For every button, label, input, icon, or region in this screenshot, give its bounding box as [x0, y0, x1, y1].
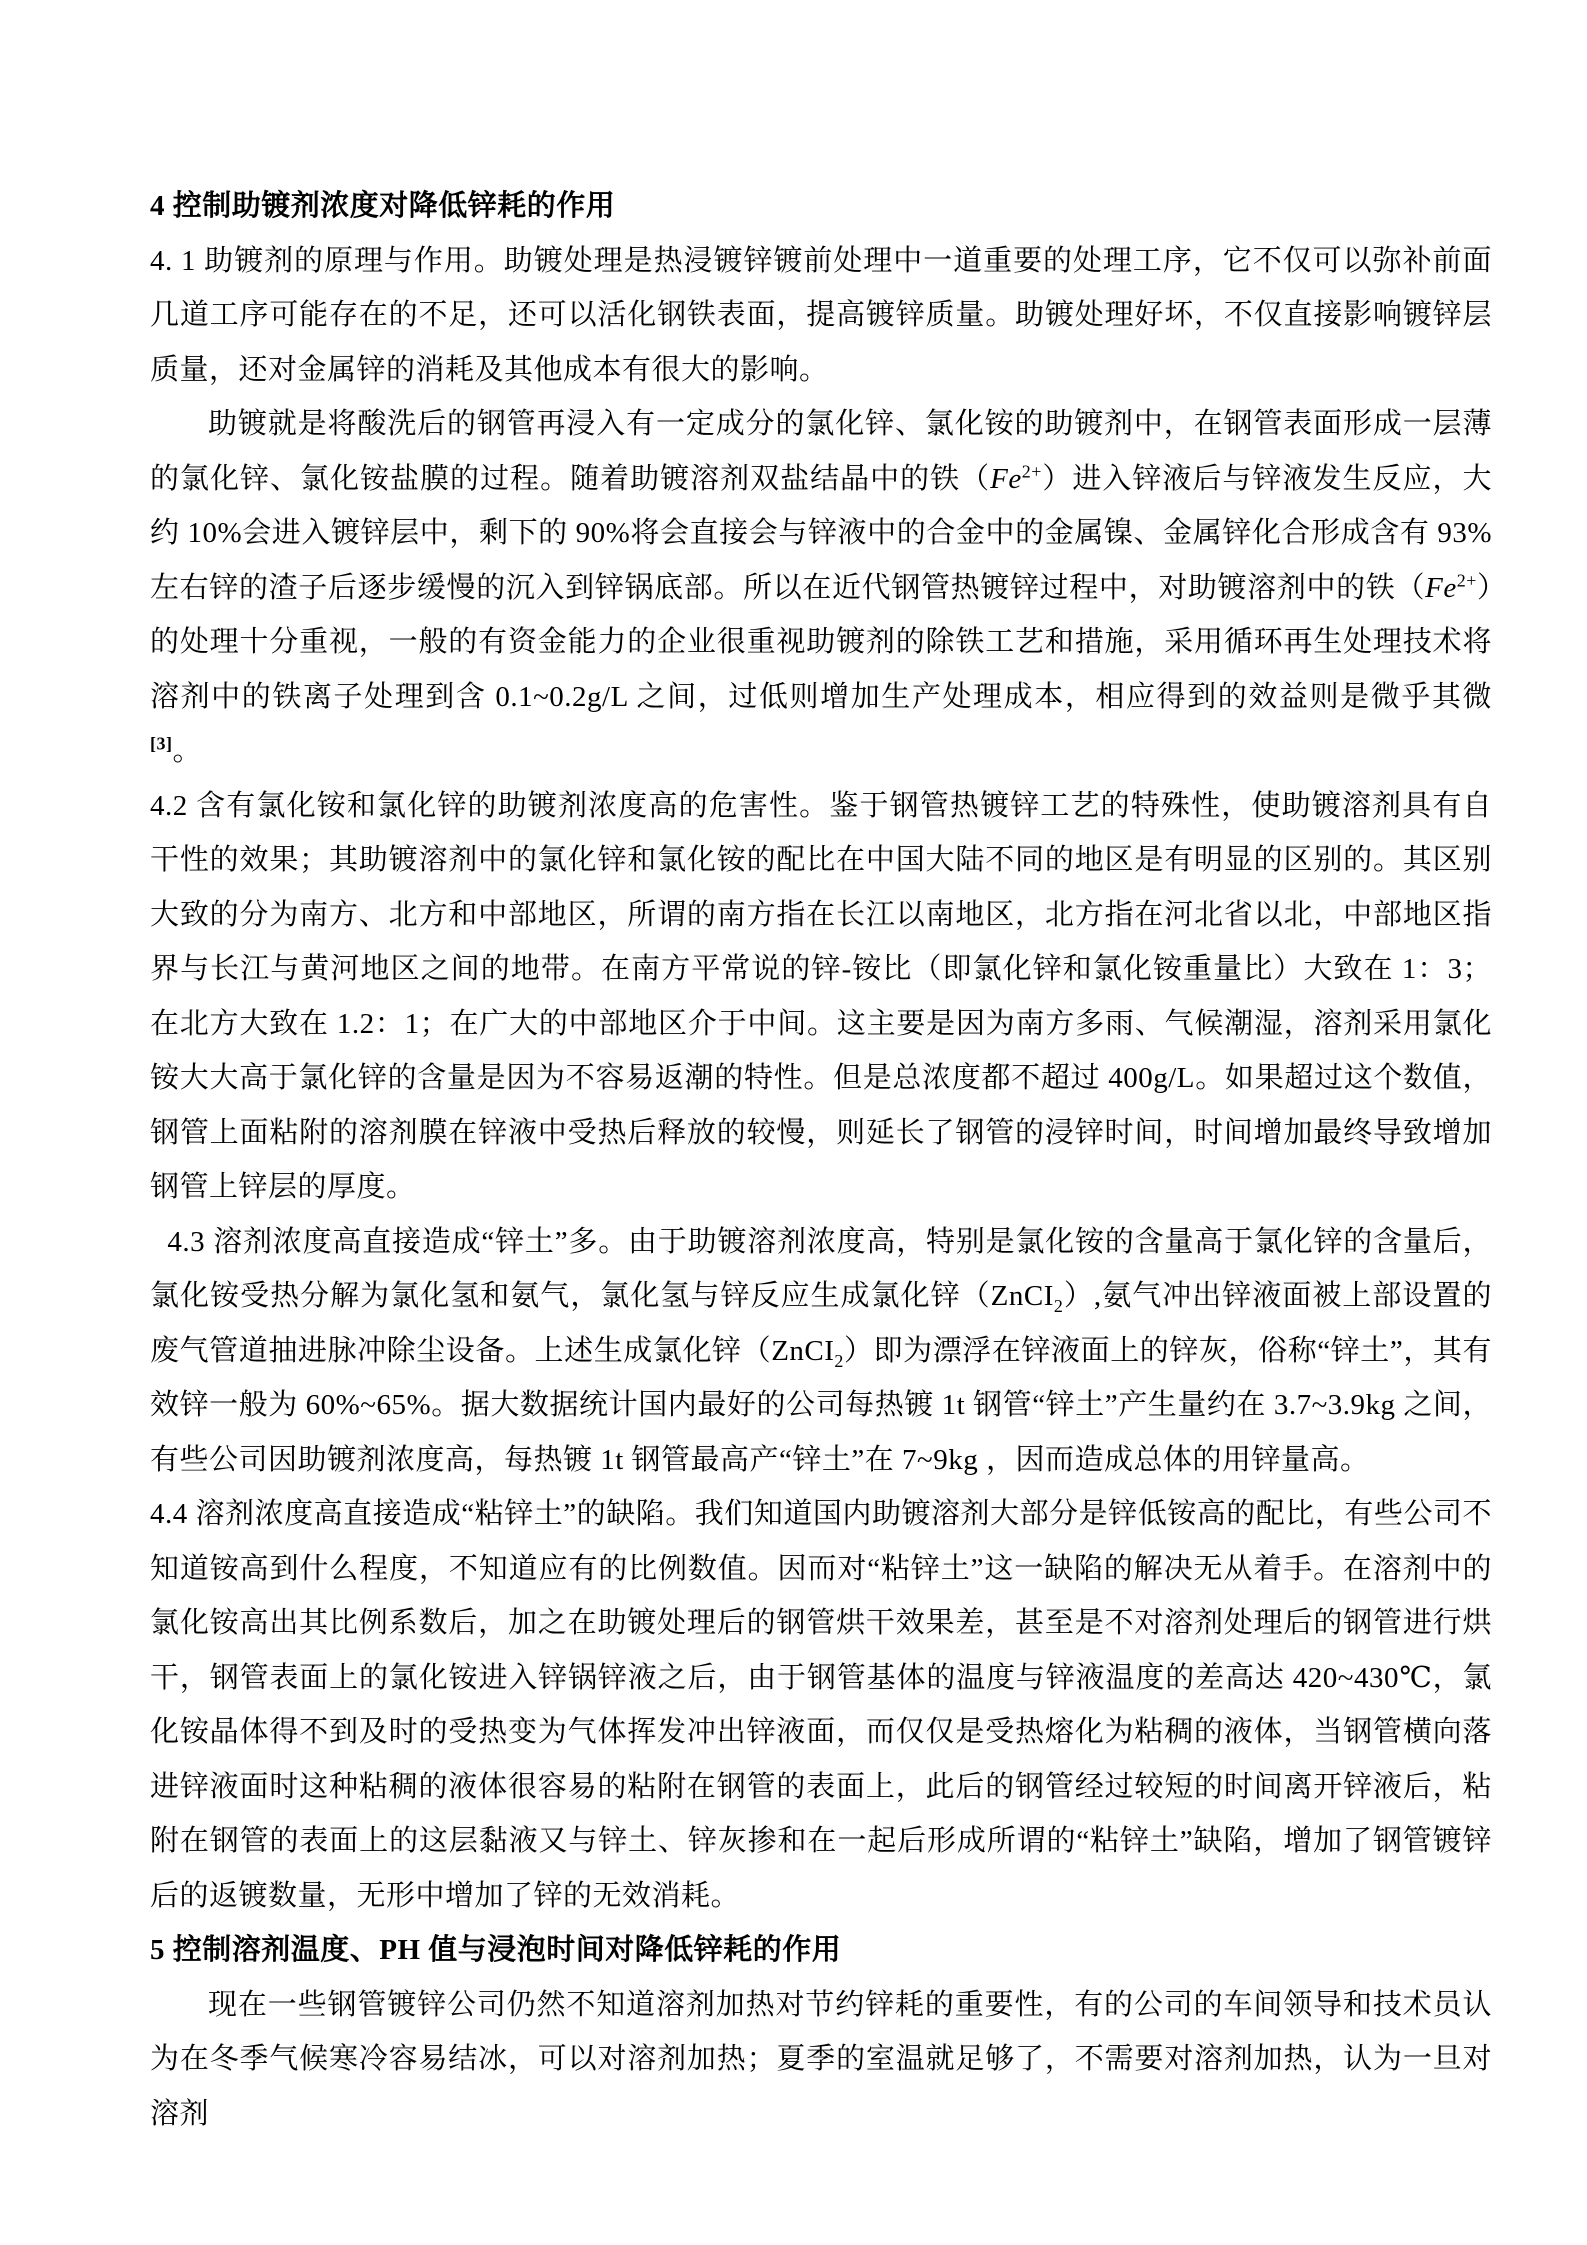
paragraph-flux-process: 助镀就是将酸洗后的钢管再浸入有一定成分的氯化锌、氯化铵的助镀剂中，在钢管表面形成… [150, 397, 1492, 779]
paragraph-4-1: 4. 1 助镀剂的原理与作用。助镀处理是热浸镀锌镀前处理中一道重要的处理工序，它… [150, 234, 1492, 398]
paragraph-5-intro: 现在一些钢管镀锌公司仍然不知道溶剂加热对节约锌耗的重要性，有的公司的车间领导和技… [150, 1978, 1492, 2142]
section-4-heading: 4 控制助镀剂浓度对降低锌耗的作用 [150, 179, 1492, 234]
document-body: 4 控制助镀剂浓度对降低锌耗的作用4. 1 助镀剂的原理与作用。助镀处理是热浸镀… [150, 179, 1492, 2141]
paragraph-4-4: 4.4 溶剂浓度高直接造成“粘锌土”的缺陷。我们知道国内助镀溶剂大部分是锌低铵高… [150, 1487, 1492, 1923]
citation-superscript: [3] [150, 733, 172, 753]
section-5-heading: 5 控制溶剂温度、PH 值与浸泡时间对降低锌耗的作用 [150, 1923, 1492, 1978]
paragraph-4-2: 4.2 含有氯化铵和氯化锌的助镀剂浓度高的危害性。鉴于钢管热镀锌工艺的特殊性，使… [150, 779, 1492, 1215]
paragraph-4-3: 4.3 溶剂浓度高直接造成“锌土”多。由于助镀溶剂浓度高，特别是氯化铵的含量高于… [150, 1215, 1492, 1488]
document-page: 4 控制助镀剂浓度对降低锌耗的作用4. 1 助镀剂的原理与作用。助镀处理是热浸镀… [0, 0, 1587, 2245]
